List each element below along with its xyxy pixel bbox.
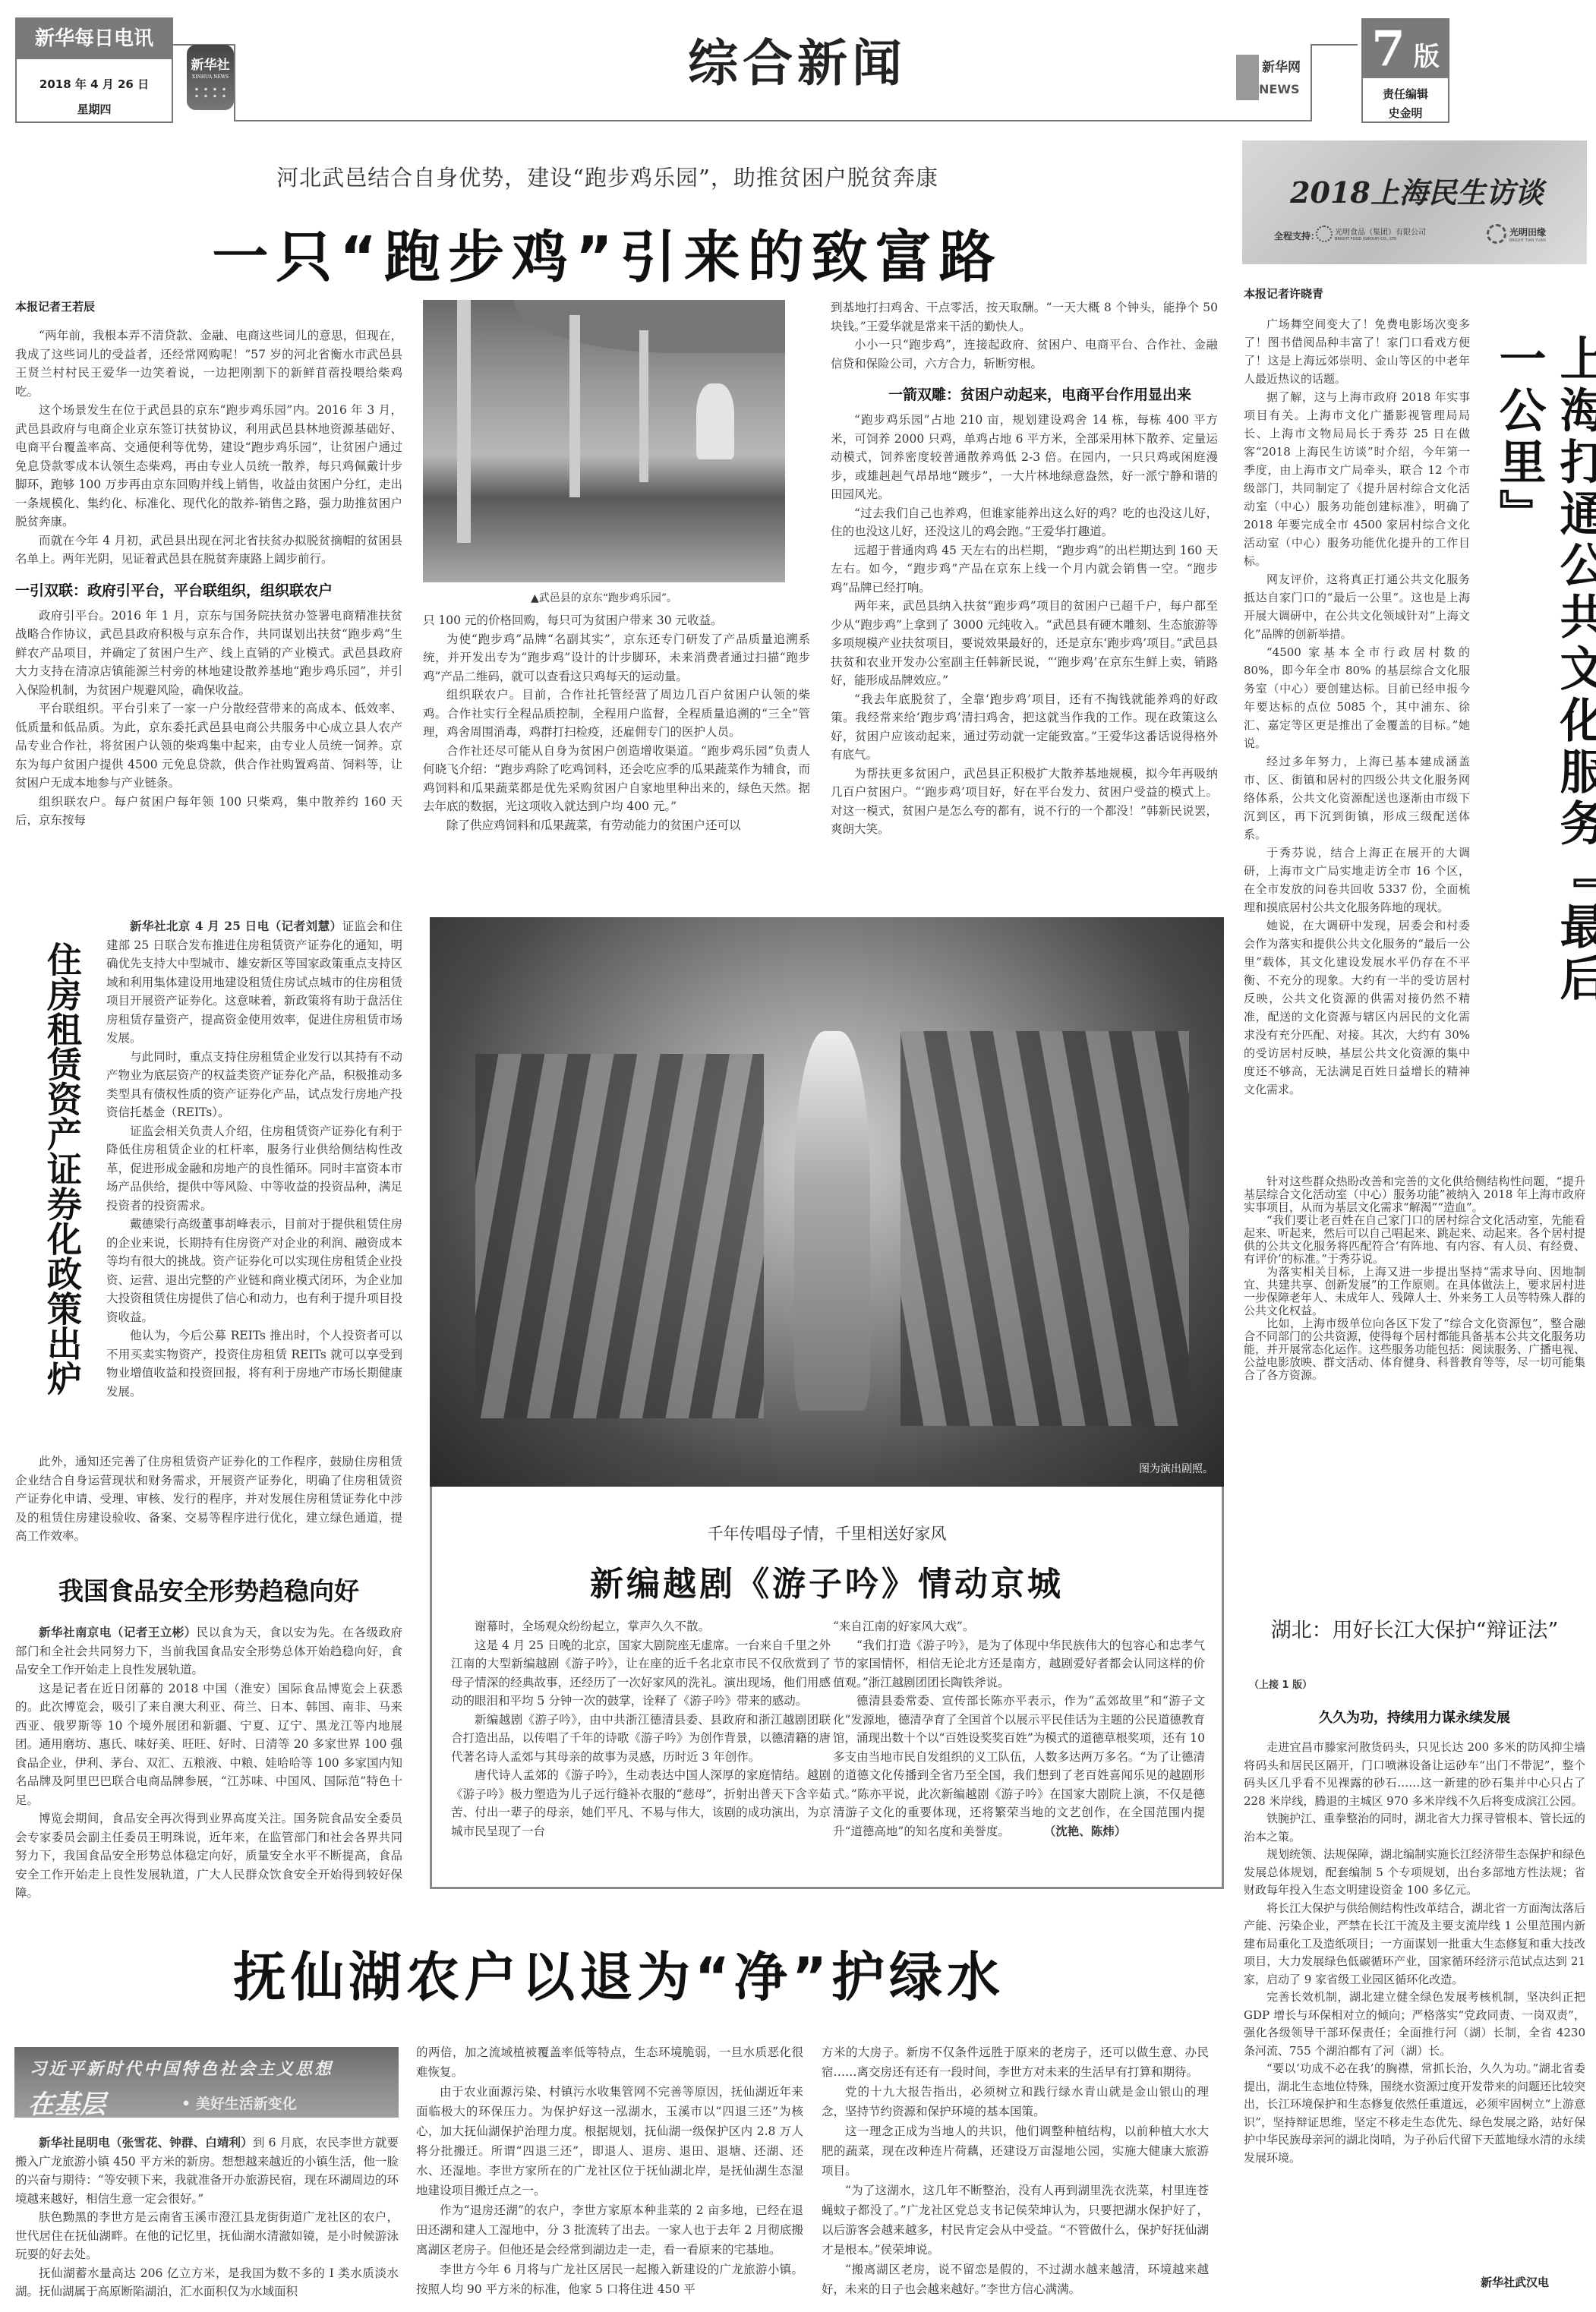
paragraph: 为帮扶更多贫困户，武邑县正积极扩大散养基地规模，拟今年再吸纳几百户贫困户。“‘跑… [831, 765, 1218, 839]
opera-stage-photo: 图为演出剧照。 [430, 917, 1224, 1487]
xinhua-logo: 新华社 XINHUA NEWS [187, 45, 234, 110]
housing-column: 新华社北京 4 月 25 日电（记者刘慧）证监会和住建部 25 日联合发布推进住… [106, 917, 402, 1401]
masthead-rule-main [234, 120, 1312, 121]
column-banner-line1: 习近平新时代中国特色社会主义思想 [30, 2056, 333, 2080]
fuxian-headline: 抚仙湖农户以退为“净”护绿水 [15, 1935, 1222, 2011]
paragraph: 政府引平台。2016 年 1 月，京东与国务院扶贫办签署电商精准扶贫战略合作协议… [15, 607, 402, 700]
column-banner-line2: 在基层 [28, 2083, 106, 2121]
photo-dancers-right [901, 1031, 1189, 1426]
fuxian-column-3: 方米的大房子。新房不仅条件远胜于原来的老房子，还可以做生意、办民宿……离交房还有… [822, 2042, 1209, 2299]
photo-tree-trunk [457, 300, 471, 543]
opera-credit: （沈艳、陈炜） [1044, 1824, 1127, 1838]
shanghai-byline: 本报记者许晓青 [1244, 285, 1323, 301]
page-number: 7 版 [1363, 20, 1448, 78]
paragraph: 规划统领、法规保障，湖北编制实施长江经济带生态保护和绿色发展总体规划，配套编制 … [1244, 1846, 1585, 1900]
photo-dancers-left [475, 1054, 764, 1418]
food-column: 新华社南京电（记者王立彬）民以食为天，食以安为先。在各级政府部门和全社会共同努力… [15, 1623, 402, 1903]
paragraph: 广场舞空间变大了！免费电影场次变多了！图书借阅品种丰富了！家门口看戏方便了！这是… [1244, 315, 1470, 388]
paragraph: 只 100 元的价格回购，每只可为贫困户带来 30 元收益。 [423, 611, 810, 630]
hubei-headline: 湖北：用好长江大保护“辩证法” [1244, 1613, 1585, 1643]
paragraph: 走进宜昌市滕家河散货码头，只见长达 200 多米的防风抑尘墙将码头和居民区隔开，… [1244, 1739, 1585, 1810]
xinhuanet-logo-en: NEWS [1259, 82, 1300, 96]
opera-headline: 新编越剧《游子吟》情动京城 [430, 1557, 1224, 1605]
opera-column-2: “来自江南的好家风大戏”。 “我们打造《游子吟》，是为了体现中华民族伟大的包容心… [833, 1617, 1205, 1840]
paragraph: 完善长效机制，湖北建立健全绿色发展考核机制，坚决纠正把 GDP 增长与环保相对立… [1244, 1989, 1585, 2060]
masthead-rule-right-v [1311, 44, 1312, 121]
chicken-subhead-2: 一箭双雕：贫困户动起来，电商平台作用显出来 [831, 382, 1218, 408]
paragraph: “过去我们自己也养鸡，但谁家能养出这么好的鸡？吃的也没这儿好，住的也没这儿好，还… [831, 504, 1218, 541]
paragraph: 新华社北京 4 月 25 日电（记者刘慧）证监会和住建部 25 日联合发布推进住… [106, 917, 402, 1048]
paragraph: 这是 4 月 25 日晚的北京，国家大剧院座无虚席。一台来自千里之外江南的大型新… [451, 1636, 831, 1711]
photo-performer-center [794, 1031, 870, 1411]
banner-sponsor-1: 光明食品（集团）有限公司 [1335, 226, 1426, 237]
hubei-subhead: 久久为功，持续用力谋永续发展 [1244, 1707, 1585, 1727]
paragraph: 他认为，今后公募 REITs 推出时，个人投资者可以不用买卖实物资产，投资住房租… [106, 1326, 402, 1401]
chicken-farm-photo [423, 300, 785, 582]
chicken-photo-caption: ▲武邑县的京东“跑步鸡乐园”。 [423, 590, 785, 605]
chicken-column-1: “两年前，我根本弄不清贷款、金融、电商这些词儿的意思，但现在，我成了这些词儿的受… [15, 326, 402, 830]
paragraph: 经过多年努力，上海已基本建成涵盖市、区、街镇和居村的四级公共文化服务网络体系，公… [1244, 752, 1470, 844]
hubei-continued: （上接 1 版） [1249, 1676, 1312, 1691]
paragraph: 网友评价，这将真正打通公共文化服务抵达自家门口的“最后一公里”。这也是上海开展大… [1244, 570, 1470, 643]
paragraph: 小小一只“跑步鸡”，连接起政府、贫困户、电商平台、合作社、金融信贷和保险公司，六… [831, 336, 1218, 373]
column-banner-sub: • 美好生活新变化 [181, 2093, 297, 2113]
paper-name: 新华每日电讯 [17, 19, 172, 59]
banner-sponsor-2-en: BRIGHT TIAN YUAN [1509, 238, 1546, 243]
issue-weekday: 星期四 [17, 101, 172, 117]
food-headline: 我国食品安全形势趋稳向好 [15, 1572, 402, 1607]
paragraph: 与此同时，重点支持住房租赁企业发行以其持有不动产物业为底层资产的权益类资产证券化… [106, 1048, 402, 1122]
chicken-kicker: 河北武邑结合自身优势，建设“跑步鸡乐园”，助推贫困户脱贫奔康 [114, 161, 1101, 192]
hubei-credit: 新华社武汉电 [1481, 2274, 1549, 2290]
paragraph: “我去年底脱贫了，全靠‘跑步鸡’项目，还有不掏钱就能养鸡的好政策。我经常来给‘跑… [831, 690, 1218, 765]
banner-title: 2018上海民生访谈 [1257, 169, 1576, 211]
editor-name: 史金明 [1363, 105, 1448, 121]
photo-tree-trunk [639, 330, 648, 482]
xinhuanet-logo: 新华网 NEWS [1236, 55, 1304, 100]
page-number-unit: 版 [1414, 42, 1440, 72]
paragraph: 除了供应鸡饲料和瓜果蔬菜，有劳动能力的贫困户还可以 [423, 816, 810, 835]
housing-dateline: 新华社北京 4 月 25 日电（记者刘慧） [130, 919, 342, 933]
paragraph: 由于农业面源污染、村镇污水收集管网不完善等原因，抚仙湖近年来面临极大的环保压力。… [416, 2082, 803, 2200]
paragraph: “4500 家基本全市行政居村数的 80%，即今年全市 80% 的基层综合文化服… [1244, 643, 1470, 752]
paragraph: “搬离湖区老房，说不留恋是假的，不过湖水越来越清，环境越来越好，未来的日子也会越… [822, 2260, 1209, 2299]
shanghai-column-bottom: 针对这些群众热盼改善和完善的文化供给侧结构性问题，“提升基层综合文化活动室（中心… [1244, 1175, 1585, 1382]
paragraph: “来自江南的好家风大戏”。 [833, 1617, 1205, 1636]
food-dateline: 新华社南京电（记者王立彬） [39, 1625, 197, 1639]
shanghai-column-top: 广场舞空间变大了！免费电影场次变多了！图书借阅品种丰富了！家门口看戏方便了！这是… [1244, 315, 1470, 1099]
paragraph: “两年前，我根本弄不清贷款、金融、电商这些词儿的意思，但现在，我成了这些词儿的受… [15, 326, 402, 401]
column-banner-grassroots: 习近平新时代中国特色社会主义思想 在基层 • 美好生活新变化 [14, 2047, 399, 2118]
network-dots-icon [192, 86, 229, 99]
paragraph: 这一理念正成为当地人的共识，他们调整种植结构，以前种植大水大肥的蔬菜，现在改种连… [822, 2121, 1209, 2181]
paragraph: “跑步鸡乐园”占地 210 亩，规划建设鸡舍 14 栋，每栋 400 平方米，可… [831, 411, 1218, 504]
paragraph: 作为“退房还湖”的农户，李世方家原本种韭菜的 2 亩多地，已经在退田还湖和建人工… [416, 2200, 803, 2260]
paragraph: 德清县委常委、宣传部长陈亦平表示，作为“孟郊故里”和“游子文化”发源地，德清孕育… [833, 1692, 1205, 1840]
paragraph: 肤色黝黑的李世方是云南省玉溪市澄江县龙街街道广龙社区的农户，世代居住在抚仙湖畔。… [15, 2208, 399, 2264]
paragraph: “我们要让老百姓在自己家门口的居村综合文化活动室，先能看起来、听起来，然后可以自… [1244, 1214, 1585, 1266]
paragraph: 新编越剧《游子吟》，由中共浙江德清县委、县政府和浙江越剧团联合打造出品，以传唱了… [451, 1711, 831, 1767]
masthead-rule-right [1311, 44, 1358, 46]
chicken-column-2: 只 100 元的价格回购，每只可为贫困户带来 30 元收益。 为使“跑步鸡”品牌… [423, 611, 810, 834]
editor-label: 责任编辑 [1363, 86, 1448, 102]
paragraph: 为使“跑步鸡”品牌“名副其实”，京东还专门研发了产品质量追溯系统，并开发出专为“… [423, 630, 810, 686]
paragraph: “要以‘功成不必在我’的胸襟，常抓长治，久久为功。”湖北省委提出，湖北生态地位特… [1244, 2060, 1585, 2167]
paragraph: 为落实相关目标，上海又进一步提出坚持“需求导向、因地制宜、共建共享、创新发展”的… [1244, 1266, 1585, 1317]
xinhua-logo-cn: 新华社 [187, 54, 234, 73]
bright-tianyuan-logo-icon [1487, 224, 1506, 244]
paragraph: 到基地打扫鸡舍、干点零活，按天取酬。“一天大概 8 个钟头，能挣个 50 块钱。… [831, 298, 1218, 336]
paragraph: 唐代诗人孟郊的《游子吟》，生动表达中国人深厚的家庭情结。越剧《游子吟》极力塑造为… [451, 1766, 831, 1840]
paragraph: 的两倍，加之流域植被覆盖率低等特点，生态环境脆弱，一旦水质恶化很难恢复。 [416, 2042, 803, 2082]
banner-sponsor-2: 光明田缘 [1509, 226, 1546, 238]
paragraph: 于秀芬说，结合上海正在展开的大调研，上海市文广局实地走访全市 16 个区，在全市… [1244, 844, 1470, 916]
fuxian-column-2: 的两倍，加之流域植被覆盖率低等特点，生态环境脆弱，一旦水质恶化很难恢复。 由于农… [416, 2042, 803, 2299]
paragraph: 远超于普通肉鸡 45 天左右的出栏期，“跑步鸡”的出栏期达到 160 天左右。如… [831, 541, 1218, 598]
banner-support-label: 全程支持： [1274, 229, 1320, 242]
banner-sponsor-1-en: BRIGHT FOOD (GROUP) CO., LTD [1335, 237, 1396, 241]
section-title: 综合新闻 [607, 23, 987, 95]
paragraph: 将长江大保护与供给侧结构性改革结合，湖北省一方面淘汰落后产能、污染企业，严禁在长… [1244, 1900, 1585, 1989]
paragraph: 这个场景发生在位于武邑县的京东“跑步鸡乐园”内。2016 年 3 月，武邑县政府… [15, 401, 402, 531]
paragraph: 比如，上海市级单位向各区下发了“综合文化资源包”，整合融合不同部门的公共资源，使… [1244, 1317, 1585, 1382]
paragraph: 党的十九大报告指出，必须树立和践行绿水青山就是金山银山的理念，坚持节约资源和保护… [822, 2082, 1209, 2121]
paragraph: 李世方今年 6 月将与广龙社区居民一起搬入新建设的广龙旅游小镇。按照人均 90 … [416, 2260, 803, 2299]
paragraph: 针对这些群众热盼改善和完善的文化供给侧结构性问题，“提升基层综合文化活动室（中心… [1244, 1175, 1585, 1214]
fuxian-column-1: 新华社昆明电（张雪花、钟群、白靖利）到 6 月底，农民李世方就要搬入广龙旅游小镇… [15, 2134, 399, 2301]
paragraph: 方米的大房子。新房不仅条件远胜于原来的老房子，还可以做生意、办民宿……离交房还有… [822, 2042, 1209, 2082]
paragraph: 组织联农户。目前，合作社托管经营了周边几百户贫困户认领的柴鸡。合作社实行全程品质… [423, 686, 810, 742]
fuxian-dateline: 新华社昆明电（张雪花、钟群、白靖利） [39, 2135, 253, 2150]
paragraph: 新华社昆明电（张雪花、钟群、白靖利）到 6 月底，农民李世方就要搬入广龙旅游小镇… [15, 2134, 399, 2208]
housing-headline: 住房租赁资产证券化政策出炉 [39, 942, 85, 1443]
paragraph: 组织联农户。每户贫困户每年领 100 只柴鸡，集中散养约 160 天后，京东按每 [15, 793, 402, 830]
shanghai-headline: 上海打通公共文化服务『最后一公里』 [1488, 334, 1596, 1033]
paragraph: 谢幕时，全场观众纷纷起立，掌声久久不散。 [451, 1617, 831, 1636]
hubei-column: 走进宜昌市滕家河散货码头，只见长达 200 多米的防风抑尘墙将码头和居民区隔开，… [1244, 1739, 1585, 2167]
chicken-byline: 本报记者王若辰 [15, 298, 95, 314]
page-number-box: 7 版 责任编辑 史金明 [1361, 18, 1449, 123]
paragraph: “我们打造《游子吟》，是为了体现中华民族伟大的包容心和忠孝气节的家国情怀，相信无… [833, 1636, 1205, 1692]
masthead-rule-left-v [234, 44, 235, 121]
shanghai-minsheng-banner: 2018上海民生访谈 全程支持： 光明食品（集团）有限公司 BRIGHT FOO… [1242, 140, 1587, 264]
paragraph: 戴德梁行高级董事胡峰表示，目前对于提供租赁住房的企业来说，长期持有住房资产对企业… [106, 1215, 402, 1326]
photo-person [696, 383, 734, 459]
paragraph: 此外，通知还完善了住房租赁资产证券化的工作程序，鼓励住房租赁企业结合自身运营现状… [15, 1452, 402, 1546]
paragraph: “为了这湖水，这几年不断整治，没有人再到湖里洗衣洗菜，村里连苍蝇蚊子都没了。”广… [822, 2181, 1209, 2260]
paragraph: 两年来，武邑县纳入扶贫“跑步鸡”项目的贫困户已超千户，每户都至少从“跑步鸡”上拿… [831, 597, 1218, 690]
paragraph: 新华社南京电（记者王立彬）民以食为天，食以安为先。在各级政府部门和全社会共同努力… [15, 1623, 402, 1680]
photo-canopy [514, 300, 785, 353]
xinhuanet-n-icon [1236, 55, 1259, 100]
bright-food-logo-icon [1316, 226, 1333, 242]
paragraph: 这是记者在近日闭幕的 2018 中国（淮安）国际食品博览会上获悉的。此次博览会，… [15, 1680, 402, 1810]
masthead-left-box: 新华每日电讯 2018 年 4 月 26 日 星期四 [15, 17, 173, 123]
paragraph: 而就在今年 4 月初，武邑县出现在河北省扶贫办拟脱贫摘帽的贫困县名单上。两年光阴… [15, 531, 402, 569]
paragraph: 铁腕护江、重拳整治的同时，湖北省大力探寻管根本、管长远的治本之策。 [1244, 1810, 1585, 1846]
paragraph: 她说，在大调研中发现，居委会和村委会作为落实和提供公共文化服务的“最后一公里”载… [1244, 916, 1470, 1099]
paragraph: 博览会期间，食品安全再次得到业界高度关注。国务院食品安全委员会专家委员会副主任委… [15, 1809, 402, 1903]
chicken-subhead-1: 一引双联：政府引平台，平台联组织，组织联农户 [15, 578, 402, 604]
paragraph: 平台联组织。平台引来了一家一户分散经营带来的高成本、低效率、低质量和低品质。为此… [15, 699, 402, 793]
paragraph: 据了解，这与上海市政府 2018 年实事项目有关。上海市文化广播影视管理局局长、… [1244, 388, 1470, 570]
opera-kicker: 千年传唱母子情，千里相送好家风 [430, 1522, 1224, 1544]
paragraph: 证监会相关负责人介绍，住房租赁资产证券化有利于降低住房租赁企业的杠杆率，服务行业… [106, 1122, 402, 1216]
page-number-value: 7 [1371, 21, 1405, 77]
opera-photo-credit: 图为演出剧照。 [1139, 1461, 1213, 1476]
chicken-headline: 一只“跑步鸡”引来的致富路 [114, 213, 1101, 293]
xinhuanet-logo-cn: 新华网 [1262, 56, 1301, 75]
opera-column-1: 谢幕时，全场观众纷纷起立，掌声久久不散。 这是 4 月 25 日晚的北京，国家大… [451, 1617, 831, 1840]
chicken-column-3: 到基地打扫鸡舍、干点零活，按天取酬。“一天大概 8 个钟头，能挣个 50 块钱。… [831, 298, 1218, 839]
housing-column-wide: 此外，通知还完善了住房租赁资产证券化的工作程序，鼓励住房租赁企业结合自身运营现状… [15, 1452, 402, 1546]
paragraph: 抚仙湖蓄水量高达 206 亿立方米，是我国为数不多的 I 类水质淡水湖。抚仙湖属… [15, 2264, 399, 2301]
issue-date: 2018 年 4 月 26 日 [17, 76, 172, 92]
xinhua-logo-en: XINHUA NEWS [187, 74, 234, 80]
photo-tree-trunk [569, 315, 580, 497]
paragraph: 合作社还尽可能从自身为贫困户创造增收渠道。“跑步鸡乐园”负责人何晓飞介绍：“跑步… [423, 742, 810, 816]
